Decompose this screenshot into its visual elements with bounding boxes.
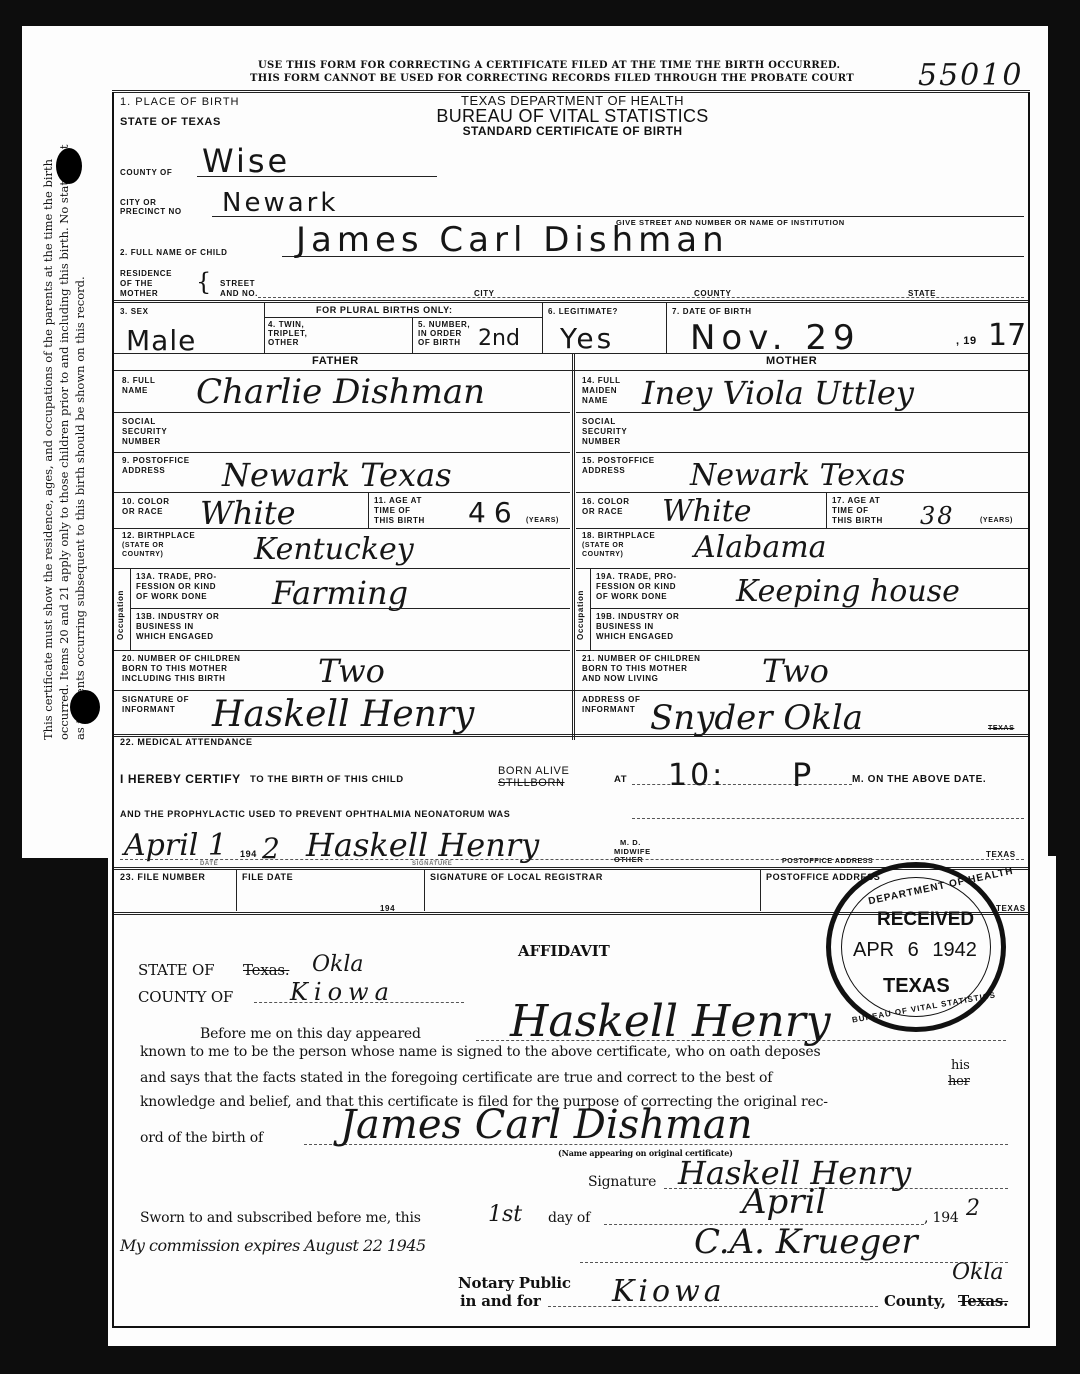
divider bbox=[590, 568, 591, 650]
mother-industry-label-2: BUSINESS IN bbox=[596, 622, 654, 631]
children-living-value: Two bbox=[762, 652, 829, 690]
mother-race-label-2: OR RACE bbox=[582, 507, 623, 516]
notice-line-1: USE THIS FORM FOR CORRECTING A CERTIFICA… bbox=[258, 60, 840, 71]
residence-label-1: RESIDENCE bbox=[120, 269, 172, 278]
sworn-month-value: April bbox=[742, 1182, 826, 1222]
prophylactic-label: AND THE PROPHYLACTIC USED TO PREVENT OPH… bbox=[120, 810, 510, 819]
city-label-1: CITY OR bbox=[120, 198, 157, 207]
father-race-value: White bbox=[200, 494, 296, 532]
notary-state-value: Okla bbox=[952, 1260, 1004, 1285]
stillborn-option-struck: STILLBORN bbox=[498, 778, 565, 788]
day-of-text: day of bbox=[548, 1210, 590, 1226]
divider bbox=[114, 492, 570, 493]
mother-trade-value: Keeping house bbox=[736, 574, 960, 609]
father-address-label-2: ADDRESS bbox=[122, 466, 165, 475]
mother-age-label-1: 17. AGE AT bbox=[832, 496, 880, 505]
mother-name-label-3: NAME bbox=[582, 396, 608, 405]
residence-label-2: OF THE bbox=[120, 279, 153, 288]
prophylactic-line bbox=[632, 818, 1024, 819]
at-label: AT bbox=[614, 775, 627, 785]
father-address-label-1: 9. POSTOFFICE bbox=[122, 456, 190, 465]
children-living-label-2: BORN TO THIS MOTHER bbox=[582, 664, 687, 673]
father-birthplace-value: Kentuckey bbox=[254, 532, 414, 567]
mother-industry-label-1: 19B. INDUSTRY OR bbox=[596, 612, 679, 621]
street-label-1: STREET bbox=[220, 279, 255, 288]
born-alive-option: BORN ALIVE bbox=[498, 766, 569, 776]
legitimate-value: Yes bbox=[560, 322, 614, 355]
mother-trade-label-3: OF WORK DONE bbox=[596, 592, 667, 601]
notary-public-label: Notary Public bbox=[458, 1274, 571, 1292]
informant-address-label-2: INFORMANT bbox=[582, 705, 635, 714]
in-and-for-label: in and for bbox=[460, 1292, 541, 1310]
divider bbox=[590, 608, 1028, 609]
affidavit-signature-label: Signature bbox=[588, 1174, 656, 1190]
mother-birthplace-label-1: 18. BIRTHPLACE bbox=[582, 531, 655, 540]
year-of-birth-value: 17 bbox=[988, 318, 1026, 353]
mother-industry-label-3: WHICH ENGAGED bbox=[596, 632, 674, 641]
father-trade-value: Farming bbox=[272, 574, 408, 612]
father-race-label-1: 10. COLOR bbox=[122, 497, 170, 506]
original-name-value: James Carl Dishman bbox=[340, 1102, 753, 1148]
father-industry-label-2: BUSINESS IN bbox=[136, 622, 194, 631]
divider bbox=[130, 608, 570, 609]
divider bbox=[114, 452, 570, 453]
number-label-2: IN ORDER bbox=[418, 329, 462, 338]
birth-ampm-value: P bbox=[792, 756, 814, 794]
stamp-state: TEXAS bbox=[883, 975, 950, 998]
mother-birthplace-value: Alabama bbox=[694, 530, 827, 565]
father-ssn-label-2: SECURITY bbox=[122, 427, 167, 436]
divider bbox=[826, 492, 827, 528]
certificate-number: 55010 bbox=[918, 58, 1023, 93]
divider bbox=[576, 412, 1028, 413]
father-trade-label-2: FESSION OR KIND bbox=[136, 582, 216, 591]
father-name-label-2: NAME bbox=[122, 386, 148, 395]
medical-texas-label: TEXAS bbox=[986, 850, 1016, 859]
divider bbox=[424, 869, 425, 911]
father-age-label-3: THIS BIRTH bbox=[374, 516, 425, 525]
county-value: Wise bbox=[202, 142, 290, 180]
divider bbox=[576, 650, 1028, 651]
notary-county-value: Kiowa bbox=[612, 1274, 726, 1309]
year-prefix: , 19 bbox=[956, 336, 977, 346]
side-instructions: This certificate must show the residence… bbox=[40, 140, 88, 740]
divider bbox=[368, 492, 369, 528]
mother-age-label-3: THIS BIRTH bbox=[832, 516, 883, 525]
children-born-label-3: INCLUDING THIS BIRTH bbox=[122, 674, 226, 683]
divider bbox=[760, 869, 761, 911]
affidavit-county-label: COUNTY OF bbox=[138, 988, 233, 1006]
divider bbox=[264, 303, 265, 353]
stamp-date: APR 6 1942 bbox=[853, 939, 977, 962]
stamp-received: RECEIVED bbox=[877, 909, 974, 931]
father-industry-label-1: 13B. INDUSTRY OR bbox=[136, 612, 219, 621]
place-of-birth-label: 1. PLACE OF BIRTH bbox=[120, 96, 240, 108]
divider bbox=[114, 568, 570, 569]
medical-signature-line bbox=[120, 859, 1024, 860]
affidavit-title: AFFIDAVIT bbox=[518, 942, 610, 960]
sworn-year-prefix: , 194 bbox=[924, 1210, 959, 1226]
father-ssn-label-1: SOCIAL bbox=[122, 417, 156, 426]
mother-name-value: Iney Viola Uttley bbox=[642, 374, 914, 412]
children-born-label-1: 20. NUMBER OF CHILDREN bbox=[122, 654, 241, 663]
certify-text-2: TO THE BIRTH OF THIS CHILD bbox=[250, 775, 404, 784]
affidavit-state-label: STATE OF bbox=[138, 961, 214, 979]
child-name-label: 2. FULL NAME OF CHILD bbox=[120, 248, 228, 257]
father-birthplace-label-2: (STATE OR bbox=[122, 541, 164, 550]
md-option: M. D. bbox=[620, 838, 641, 847]
divider bbox=[542, 303, 543, 353]
divider bbox=[264, 317, 542, 318]
medical-year-value: 2 bbox=[262, 832, 280, 865]
plural-births-label: FOR PLURAL BIRTHS ONLY: bbox=[316, 306, 453, 315]
street-label-2: AND NO. bbox=[220, 289, 258, 298]
father-heading: FATHER bbox=[312, 355, 359, 367]
divider bbox=[114, 353, 1028, 354]
county-suffix-label: County, bbox=[884, 1292, 946, 1310]
children-living-label-1: 21. NUMBER OF CHILDREN bbox=[582, 654, 701, 663]
punch-hole bbox=[56, 148, 82, 184]
medical-year-prefix: 194 bbox=[240, 849, 257, 859]
mother-ssn-label-2: SECURITY bbox=[582, 427, 627, 436]
appeared-value: Haskell Henry bbox=[510, 996, 831, 1047]
father-age-label-2: TIME OF bbox=[374, 506, 411, 515]
children-born-label-2: BORN TO THIS MOTHER bbox=[122, 664, 227, 673]
divider bbox=[114, 650, 570, 651]
father-ssn-label-3: NUMBER bbox=[122, 437, 161, 446]
informant-signature-label-1: SIGNATURE OF bbox=[122, 695, 189, 704]
affidavit-state-value: Okla bbox=[312, 952, 364, 977]
birth-order-value: 2nd bbox=[478, 326, 520, 351]
informant-state-struck: TEXAS bbox=[988, 724, 1014, 733]
date-of-birth-value: Nov. 29 bbox=[690, 318, 861, 358]
file-number-label: 23. FILE NUMBER bbox=[120, 873, 206, 882]
affidavit-body-line-2: and says that the facts stated in the fo… bbox=[140, 1070, 772, 1086]
notary-signature-line bbox=[580, 1262, 1008, 1263]
father-trade-label-1: 13A. TRADE, PRO- bbox=[136, 572, 217, 581]
divider bbox=[666, 303, 667, 353]
sworn-day-value: 1st bbox=[488, 1202, 522, 1227]
date-of-birth-label: 7. DATE OF BIRTH bbox=[672, 307, 752, 316]
sworn-year-value: 2 bbox=[966, 1196, 980, 1221]
number-label-3: OF BIRTH bbox=[418, 338, 461, 347]
mother-birthplace-label-2: (STATE OR bbox=[582, 541, 624, 550]
informant-address-value: Snyder Okla bbox=[650, 698, 863, 738]
pronoun-insert: his bbox=[951, 1058, 970, 1073]
father-occupation-side-label: Occupation bbox=[116, 590, 126, 640]
center-divider bbox=[572, 353, 575, 740]
mother-ssn-label-3: NUMBER bbox=[582, 437, 621, 446]
certify-text: I HEREBY CERTIFY bbox=[120, 773, 241, 785]
informant-signature-label-2: INFORMANT bbox=[122, 705, 175, 714]
divider bbox=[576, 568, 1028, 569]
mother-trade-label-1: 19A. TRADE, PRO- bbox=[596, 572, 677, 581]
time-line bbox=[632, 784, 852, 785]
mother-ssn-label-1: SOCIAL bbox=[582, 417, 616, 426]
mother-address-label-1: 15. POSTOFFICE bbox=[582, 456, 655, 465]
sworn-text: Sworn to and subscribed before me, this bbox=[140, 1210, 421, 1226]
twin-label-3: OTHER bbox=[268, 338, 299, 347]
father-race-label-2: OR RACE bbox=[122, 507, 163, 516]
mother-race-value: White bbox=[662, 494, 752, 529]
mother-occupation-side-label: Occupation bbox=[576, 590, 586, 640]
postoffice-caption: POSTOFFICE ADDRESS bbox=[782, 857, 873, 866]
city-label-2: PRECINCT NO bbox=[120, 207, 182, 216]
divider bbox=[412, 317, 413, 353]
registrar-signature-label: SIGNATURE OF LOCAL REGISTRAR bbox=[430, 873, 603, 882]
mother-age-unit: (YEARS) bbox=[980, 516, 1013, 525]
informant-address-label-1: ADDRESS OF bbox=[582, 695, 640, 704]
child-name-value: James Carl Dishman bbox=[296, 220, 729, 260]
father-birthplace-label-3: COUNTRY) bbox=[122, 550, 163, 559]
father-trade-label-3: OF WORK DONE bbox=[136, 592, 207, 601]
mother-age-value: 38 bbox=[920, 502, 955, 530]
mother-name-label-1: 14. FULL bbox=[582, 376, 621, 385]
mother-name-label-2: MAIDEN bbox=[582, 386, 617, 395]
divider bbox=[576, 452, 1028, 453]
divider bbox=[114, 412, 570, 413]
residence-line bbox=[258, 297, 1024, 298]
father-birthplace-label-1: 12. BIRTHPLACE bbox=[122, 531, 195, 540]
children-living-label-3: AND NOW LIVING bbox=[582, 674, 658, 683]
divider bbox=[236, 869, 237, 911]
affidavit-body-line-4: ord of the birth of bbox=[140, 1130, 263, 1146]
mother-address-label-2: ADDRESS bbox=[582, 466, 625, 475]
mother-address-value: Newark Texas bbox=[690, 458, 905, 493]
father-age-label-1: 11. AGE AT bbox=[374, 496, 422, 505]
sex-label: 3. SEX bbox=[120, 307, 149, 316]
divider bbox=[130, 568, 131, 650]
divider bbox=[114, 370, 1028, 371]
county-label: COUNTY OF bbox=[120, 168, 172, 177]
divider bbox=[114, 690, 1028, 691]
city-value: Newark bbox=[222, 188, 338, 218]
section-divider bbox=[114, 300, 1028, 303]
father-name-label-1: 8. FULL bbox=[122, 376, 156, 385]
medical-attendance-label: 22. MEDICAL ATTENDANCE bbox=[120, 738, 253, 747]
mother-race-label-1: 16. COLOR bbox=[582, 497, 630, 506]
notary-state-struck: Texas. bbox=[958, 1292, 1008, 1310]
residence-label-3: MOTHER bbox=[120, 289, 158, 298]
father-age-value: 46 bbox=[468, 496, 520, 529]
father-industry-label-3: WHICH ENGAGED bbox=[136, 632, 214, 641]
legitimate-label: 6. LEGITIMATE? bbox=[548, 307, 618, 316]
state-of-texas-label: STATE OF TEXAS bbox=[120, 116, 221, 128]
appeared-text: Before me on this day appeared bbox=[200, 1026, 421, 1042]
twin-label-1: 4. TWIN, bbox=[268, 320, 304, 329]
medical-date-value: April 1 bbox=[124, 828, 227, 863]
affidavit-body-line-1: known to me to be the person whose name … bbox=[140, 1044, 820, 1060]
notice-line-2: THIS FORM CANNOT BE USED FOR CORRECTING … bbox=[250, 73, 854, 84]
mother-heading: MOTHER bbox=[766, 355, 817, 367]
divider bbox=[576, 528, 1028, 529]
divider bbox=[114, 528, 570, 529]
twin-label-2: TRIPLET, bbox=[268, 329, 307, 338]
birth-time-value: 10: bbox=[668, 758, 725, 793]
affidavit-state-struck: Texas. bbox=[243, 961, 289, 979]
father-name-value: Charlie Dishman bbox=[196, 372, 485, 412]
file-date-label: FILE DATE bbox=[242, 873, 293, 882]
affidavit-county-value: Kiowa bbox=[290, 978, 395, 1006]
father-age-unit: (YEARS) bbox=[526, 516, 559, 525]
children-born-value: Two bbox=[318, 652, 385, 690]
pronoun-struck: her bbox=[948, 1074, 970, 1089]
father-address-value: Newark Texas bbox=[222, 456, 452, 494]
mother-age-label-2: TIME OF bbox=[832, 506, 869, 515]
certificate-type-title: STANDARD CERTIFICATE OF BIRTH bbox=[400, 124, 745, 138]
divider bbox=[576, 492, 1028, 493]
mother-trade-label-2: FESSION OR KIND bbox=[596, 582, 676, 591]
mother-birthplace-label-3: COUNTRY) bbox=[582, 550, 623, 559]
received-stamp: DEPARTMENT OF HEALTH RECEIVED APR 6 1942… bbox=[826, 862, 1006, 1032]
notary-signature-value: C.A. Krueger bbox=[694, 1222, 918, 1262]
informant-signature-value: Haskell Henry bbox=[212, 694, 474, 735]
punch-hole bbox=[70, 690, 100, 724]
on-above-date-text: M. ON THE ABOVE DATE. bbox=[852, 775, 986, 785]
brace-icon: { bbox=[196, 270, 211, 294]
number-label-1: 5. NUMBER, bbox=[418, 320, 470, 329]
commission-expiry-value: My commission expires August 22 1945 bbox=[120, 1236, 426, 1255]
